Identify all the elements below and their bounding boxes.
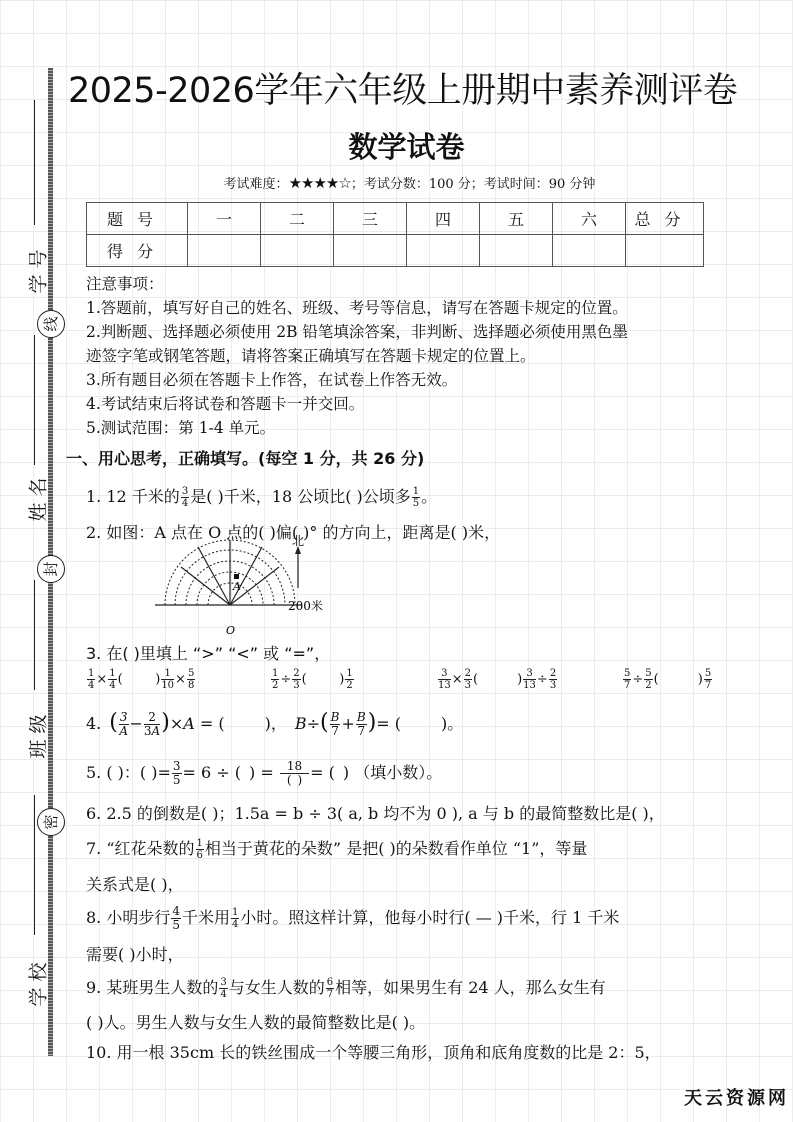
question-5: 5. ( )：( )=35= 6 ÷ ( ) = 18 ( )= ( ) （填小… bbox=[86, 760, 442, 787]
exam-info: 考试难度：★★★★☆；考试分数：100 分；考试时间：90 分钟 bbox=[0, 173, 793, 192]
label-class: 班级 bbox=[24, 709, 51, 759]
question-8: 8. 小明步行45千米用14小时。照这样计算，他每小时行( — )千米，行 1 … bbox=[86, 905, 619, 932]
label-student-id: 学号 bbox=[24, 244, 51, 294]
note-item: 迹签字笔或钢笔答题，请将答案正确填写在答题卡规定的位置上。 bbox=[86, 344, 628, 368]
header-cell: 五 bbox=[480, 203, 553, 235]
header-cell: 题号 bbox=[87, 203, 188, 235]
header-cell: 一 bbox=[188, 203, 261, 235]
score-cell[interactable] bbox=[261, 235, 334, 267]
question-4: 4. (3A−23A)×A = ( )， B÷(B7+B7)= ( )。 bbox=[86, 710, 463, 738]
difficulty-label: 考试难度： bbox=[224, 177, 289, 192]
seal-mi: 密 bbox=[37, 808, 65, 836]
score-cell[interactable] bbox=[553, 235, 626, 267]
note-item: 2.判断题、选择题必须使用 2B 铅笔填涂答案，非判断、选择题必须使用黑色墨 bbox=[86, 320, 628, 344]
question-10: 10. 用一根 35cm 长的铁丝围成一个等腰三角形，顶角和底角度数的比是 2：… bbox=[86, 1040, 661, 1063]
compare-item-1: 14×14( )110×58 bbox=[86, 668, 196, 691]
section-1-title: 一、用心思考，正确填写。(每空 1 分，共 26 分) bbox=[66, 446, 424, 469]
exam-title: 2025-2026学年六年级上册期中素养测评卷 bbox=[68, 63, 788, 113]
point-a-label: A bbox=[232, 580, 241, 593]
note-item: 4.考试结束后将试卷和答题卡一并交回。 bbox=[86, 392, 628, 416]
score-cell[interactable] bbox=[188, 235, 261, 267]
label-name: 姓名 bbox=[24, 472, 51, 522]
header-cell: 三 bbox=[334, 203, 407, 235]
question-7-line2: 关系式是( )， bbox=[86, 872, 184, 895]
point-o-label: O bbox=[226, 624, 235, 637]
compare-item-2: 12÷23( )12 bbox=[270, 668, 355, 691]
north-label: 北 bbox=[292, 534, 304, 548]
score-cell[interactable] bbox=[480, 235, 553, 267]
note-item: 3.所有题目必须在答题卡上作答，在试卷上作答无效。 bbox=[86, 368, 628, 392]
seal-feng: 封 bbox=[37, 555, 65, 583]
question-7: 7. “红花朵数的16相当于黄花的朵数” 是把( )的朵数看作单位 “1”，等量 bbox=[86, 836, 587, 861]
score-time-info: ；考试分数：100 分；考试时间：90 分钟 bbox=[351, 177, 596, 192]
notes: 注意事项： 1.答题前，填写好自己的姓名、班级、考号等信息，请写在答题卡规定的位… bbox=[86, 272, 628, 440]
direction-diagram: A O 北 200米 bbox=[140, 530, 340, 640]
difficulty-stars-icon: ★★★★☆ bbox=[289, 174, 351, 192]
score-cell[interactable] bbox=[407, 235, 480, 267]
header-cell: 四 bbox=[407, 203, 480, 235]
question-9: 9. 某班男生人数的34与女生人数的67相等，如果男生有 24 人，那么女生有 bbox=[86, 975, 606, 1000]
label-school: 学校 bbox=[24, 957, 51, 1007]
score-cell[interactable] bbox=[626, 235, 704, 267]
question-6: 6. 2.5 的倒数是( )；1.5a = b ÷ 3( a, b 均不为 0 … bbox=[86, 801, 665, 824]
exam-subtitle: 数学试卷 bbox=[0, 125, 793, 166]
note-item: 1.答题前，填写好自己的姓名、班级、考号等信息，请写在答题卡规定的位置。 bbox=[86, 296, 628, 320]
compare-item-3: 313×23( )313÷23 bbox=[437, 668, 558, 691]
score-table-score-row: 得分 bbox=[87, 235, 704, 267]
fraction: 15 bbox=[412, 486, 420, 509]
question-1: 1. 12 千米的34是( )千米，18 公顷比( )公顷多15。 bbox=[86, 484, 437, 509]
question-3: 3. 在( )里填上 “>” “<” 或 “=”， bbox=[86, 641, 330, 664]
compare-item-4: 57÷52( )57 bbox=[622, 668, 713, 691]
school-rule bbox=[34, 795, 35, 935]
header-cell: 二 bbox=[261, 203, 334, 235]
score-table: 题号 一 二 三 四 五 六 总分 得分 bbox=[86, 202, 704, 267]
seal-xian: 线 bbox=[37, 310, 65, 338]
notes-title: 注意事项： bbox=[86, 272, 628, 296]
score-table-header-row: 题号 一 二 三 四 五 六 总分 bbox=[87, 203, 704, 235]
header-cell: 六 bbox=[553, 203, 626, 235]
header-cell: 总分 bbox=[626, 203, 704, 235]
fraction: 34 bbox=[181, 486, 189, 509]
class-rule bbox=[34, 580, 35, 690]
question-8-line2: 需要( )小时， bbox=[86, 942, 184, 965]
score-row-label: 得分 bbox=[87, 235, 188, 267]
scale-label: 200米 bbox=[288, 598, 323, 613]
note-item: 5.测试范围：第 1-4 单元。 bbox=[86, 416, 628, 440]
score-cell[interactable] bbox=[334, 235, 407, 267]
point-a-marker bbox=[234, 574, 239, 579]
question-9-line2: ( )人。男生人数与女生人数的最简整数比是( )。 bbox=[86, 1010, 425, 1033]
name-rule bbox=[34, 335, 35, 465]
watermark: 天云资源网 bbox=[684, 1084, 789, 1110]
